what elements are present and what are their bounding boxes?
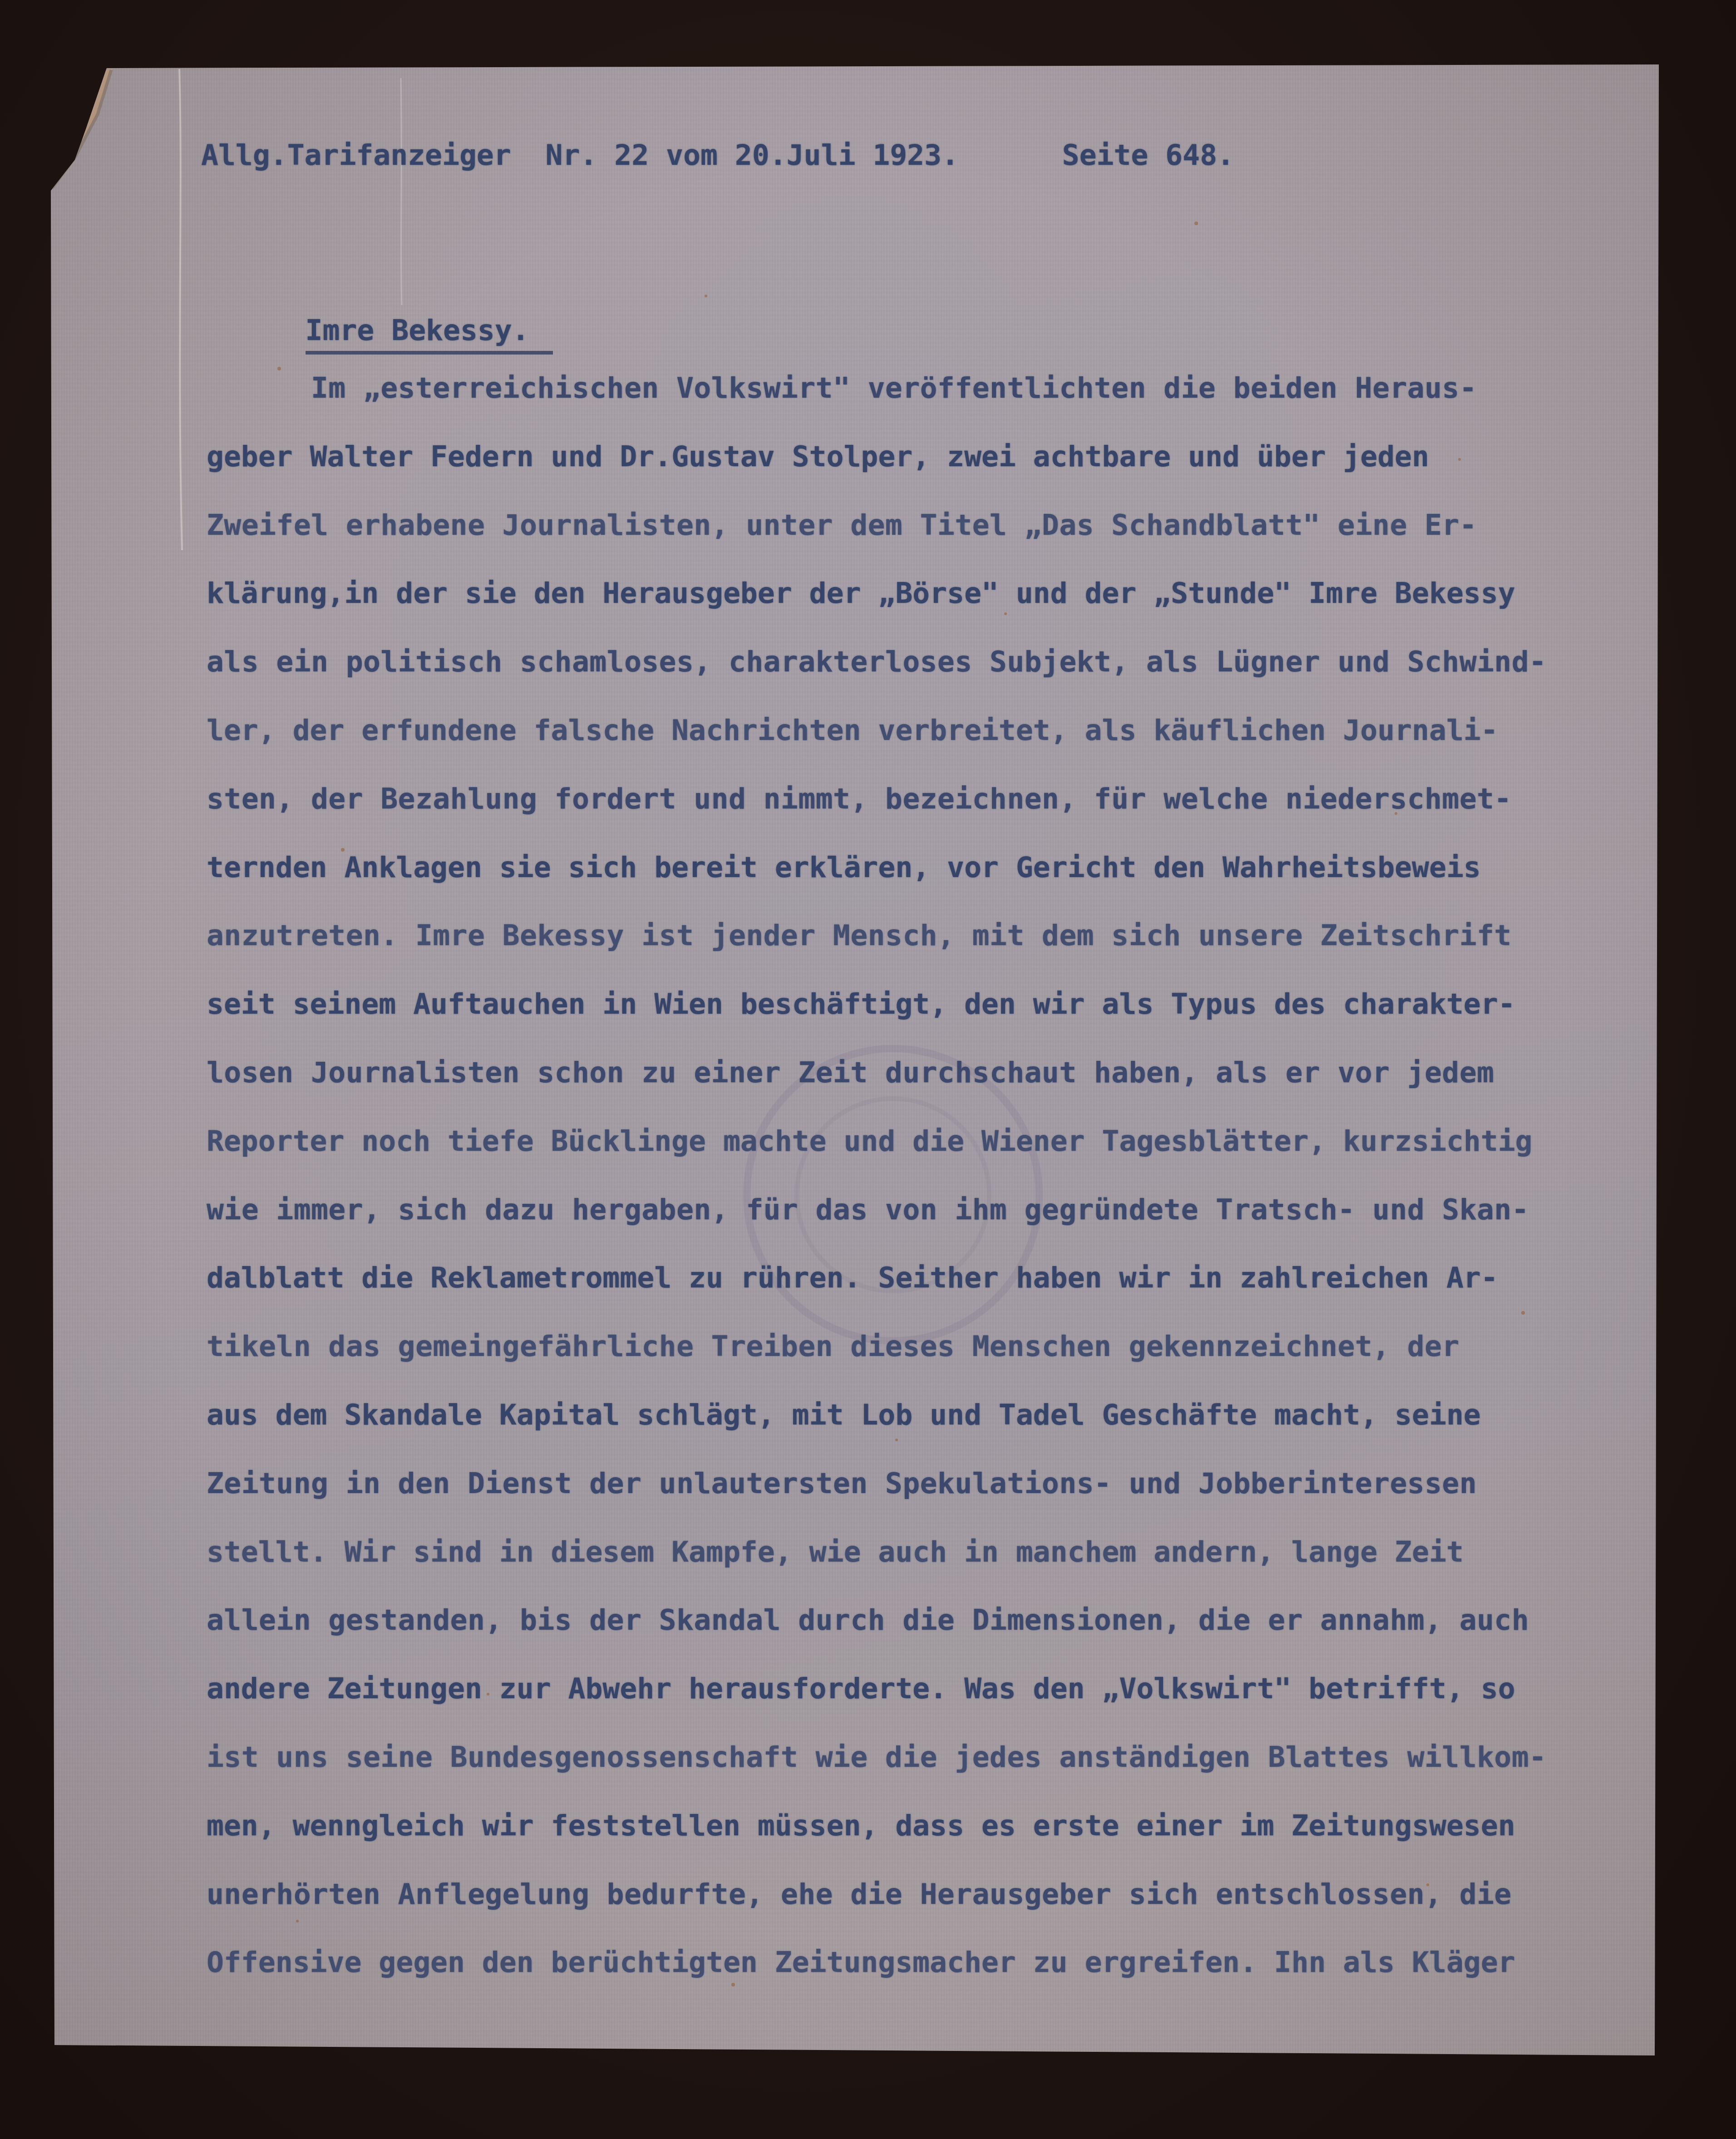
body-line: wie immer, sich dazu hergaben, für das v…: [207, 1195, 1529, 1224]
body-line: Zeitung in den Dienst der unlautersten S…: [207, 1469, 1477, 1498]
document-page: Allg.Tarifanzeiger Nr. 22 vom 20.Juli 19…: [43, 51, 1659, 2057]
body-line: unerhörten Anflegelung bedurfte, ehe die…: [207, 1880, 1512, 1908]
body-line: aus dem Skandale Kapital schlägt, mit Lo…: [207, 1400, 1481, 1429]
body-line: Im „esterreichischen Volkswirt" veröffen…: [207, 374, 1477, 402]
body-line: andere Zeitungen zur Abwehr herausforder…: [207, 1674, 1515, 1703]
body-line: geber Walter Federn und Dr.Gustav Stolpe…: [207, 442, 1429, 471]
body-line: tikeln das gemeingefährliche Treiben die…: [207, 1332, 1460, 1360]
body-line: als ein politisch schamloses, charakterl…: [207, 647, 1546, 676]
body-line: stellt. Wir sind in diesem Kampfe, wie a…: [207, 1538, 1464, 1566]
body-line: allein gestanden, bis der Skandal durch …: [207, 1606, 1529, 1634]
body-line: ternden Anklagen sie sich bereit erkläre…: [207, 853, 1481, 882]
body-line: Reporter noch tiefe Bücklinge machte und…: [207, 1127, 1533, 1155]
body-line: sten, der Bezahlung fordert und nimmt, b…: [207, 784, 1512, 813]
document-body: Im „esterreichischen Volkswirt" veröffen…: [43, 51, 1659, 2057]
body-line: dalblatt die Reklametrommel zu rühren. S…: [207, 1263, 1498, 1292]
body-line: Offensive gegen den berüchtigten Zeitung…: [207, 1948, 1515, 1976]
body-line: klärung,in der sie den Herausgeber der „…: [207, 579, 1515, 607]
body-line: seit seinem Auftauchen in Wien beschäfti…: [207, 990, 1515, 1018]
body-line: Zweifel erhabene Journalisten, unter dem…: [207, 511, 1477, 539]
body-line: losen Journalisten schon zu einer Zeit d…: [207, 1058, 1494, 1087]
body-line: ler, der erfundene falsche Nachrichten v…: [207, 716, 1498, 744]
body-line: anzutreten. Imre Bekessy ist jender Mens…: [207, 921, 1512, 950]
photo-mat-background: Allg.Tarifanzeiger Nr. 22 vom 20.Juli 19…: [0, 0, 1736, 2139]
body-line: ist uns seine Bundesgenossenschaft wie d…: [207, 1743, 1546, 1771]
body-line: men, wenngleich wir feststellen müssen, …: [207, 1811, 1515, 1840]
